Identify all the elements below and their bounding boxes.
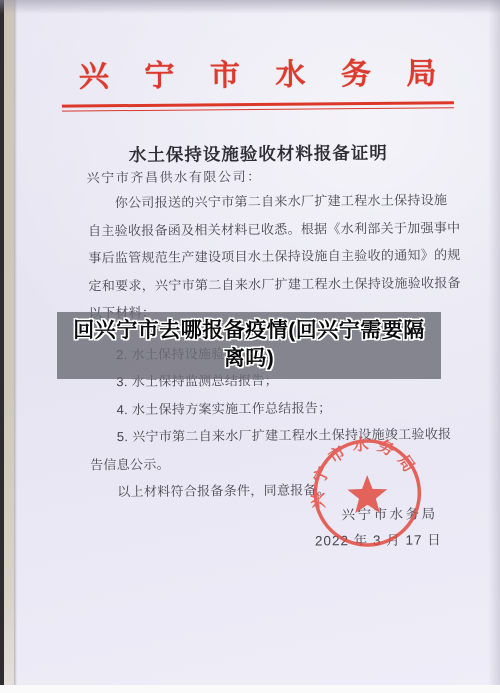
body-line: 定和要求，兴宁市第二自来水厂扩建工程水土保持设施验收报备 (88, 269, 452, 300)
document-title: 水土保持设施验收材料报备证明 (62, 139, 454, 167)
official-seal: 兴宁市水务局 (307, 432, 428, 553)
scan-edge-left-seam (14, 0, 17, 693)
headline-overlay-banner: 回兴宁市去哪报备疫情(回兴宁需要隔 离吗) (57, 312, 441, 379)
red-divider-line (62, 101, 454, 111)
star-icon (347, 475, 387, 513)
overlay-headline-line-1: 回兴宁市去哪报备疫情(回兴宁需要隔 (57, 317, 441, 345)
list-line-4: 4. 水土保持方案实施工作总结报告； (89, 393, 453, 424)
body-line: 自主验收报备函及相关材料已收悉。根据《水利部关于加强事中 (88, 214, 452, 245)
scan-edge-top (0, 0, 500, 14)
scan-edge-left-beige (4, 0, 14, 693)
scan-edge-bottom (0, 685, 500, 693)
salutation: 兴宁市齐昌供水有限公司： (86, 166, 261, 187)
scan-edge-right (488, 0, 500, 693)
overlay-headline-line-2: 离吗) (57, 345, 441, 373)
scanned-document: 兴 宁 市 水 务 局 水土保持设施验收材料报备证明 兴宁市齐昌供水有限公司： … (0, 0, 500, 693)
body-line: 你公司报送的兴宁市第二自来水厂扩建工程水土保持设施 (88, 186, 452, 217)
body-line: 事后监管规范生产建设项目水土保持设施自主验收的通知》的规 (88, 241, 452, 272)
bureau-title: 兴 宁 市 水 务 局 (62, 54, 454, 97)
